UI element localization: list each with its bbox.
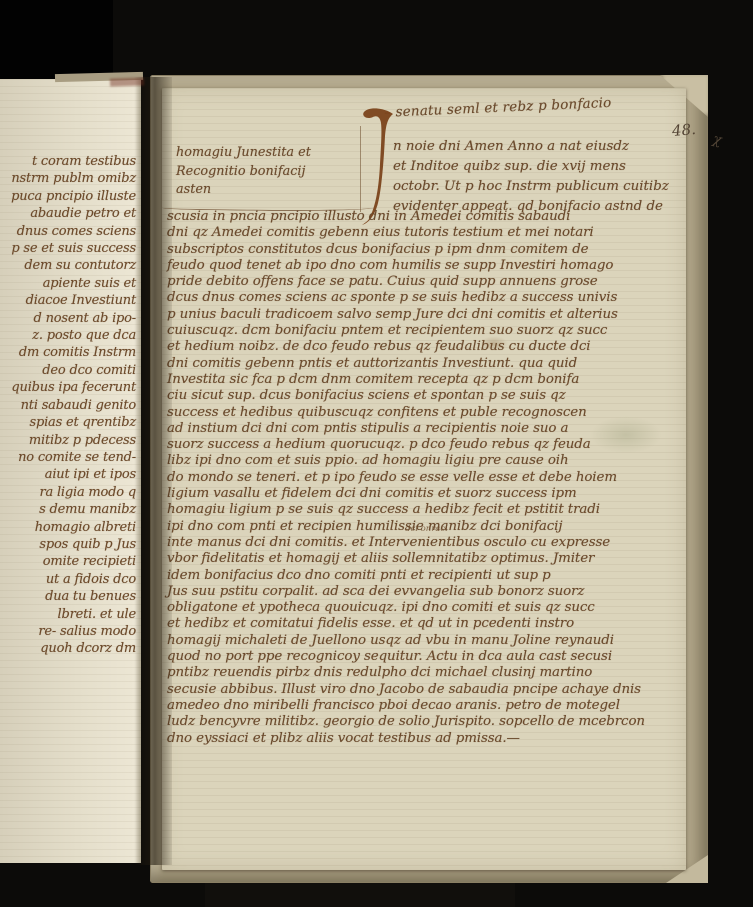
text-line: dni comitis gebenn pntis et auttorizanti… (167, 356, 683, 372)
left-text-fragment: t coram testibus (0, 153, 136, 170)
left-text-fragment: dem su contutorz (0, 257, 136, 274)
text-line: homagiu ligium p se suis qz success a he… (167, 502, 683, 518)
edge-stain (110, 77, 144, 86)
text-line: obligatone et ypotheca quouicuqz. ipi dn… (167, 600, 683, 616)
text-line: ciu sicut sup. dcus bonifacius sciens et… (167, 388, 683, 404)
text-line: cuiuscuqz. dcm bonifaciu pntem et recipi… (167, 323, 683, 339)
text-line: pride debito offens face se patu. Cuius … (167, 274, 683, 290)
text-line: scusia in pncia pncipio illusto dni in A… (167, 209, 683, 225)
left-text-fragment: d nosent ab ipo- (0, 310, 136, 327)
left-text-fragment: ut a fidois dco (0, 571, 136, 588)
text-line: dno eyssiaci et plibz aliis vocat testib… (167, 731, 683, 747)
text-line: et hedibz et comitatui fidelis esse. et … (167, 616, 683, 632)
text-line: quod no port ppe recognicoy sequitur. Ac… (167, 649, 683, 665)
text-line: n noie dni Amen Anno a nat eiusdz (393, 137, 669, 157)
text-line: do mondo se teneri. et p ipo feudo se es… (167, 470, 683, 486)
text-line: ipi dno com pnti et recipien humilissie … (167, 519, 683, 535)
flourish-mark: χ (711, 131, 723, 148)
text-line: homagij michaleti de Juellono usqz ad vb… (167, 633, 683, 649)
text-line: Jus suu pstitu corpalit. ad sca dei evva… (167, 584, 683, 600)
text-line: dcus dnus comes sciens ac sponte p se su… (167, 290, 683, 306)
left-text-fragment: dnus comes sciens (0, 223, 136, 240)
left-text-fragment: quibus ipa fecerunt (0, 379, 136, 396)
text-line: pntibz reuendis pirbz dnis redulpho dci … (167, 665, 683, 681)
text-line: feudo quod tenet ab ipo dno com humilis … (167, 258, 683, 274)
manuscript-photo: t coram testibusnstrm publm omibzpuca pn… (0, 0, 753, 907)
text-line: secusie abbibus. Illust viro dno Jacobo … (167, 682, 683, 698)
backdrop-dark-corner (0, 0, 113, 79)
text-line: ludz bencyvre militibz. georgio de solio… (167, 714, 683, 730)
text-line: libz ipi dno com et suis ppio. ad homagi… (167, 453, 683, 469)
left-text-fragment: lbreti. et ule (0, 606, 136, 623)
left-text-fragment: deo dco comiti (0, 362, 136, 379)
left-text-fragment: ra ligia modo q (0, 484, 136, 501)
left-page-text: t coram testibusnstrm publm omibzpuca pn… (0, 153, 136, 658)
left-text-fragment: puca pncipio illuste (0, 188, 136, 205)
gutter-shadow (134, 77, 172, 865)
left-text-fragment: apiente suis et (0, 275, 136, 292)
text-line: inte manus dci dni comitis. et Interveni… (167, 535, 683, 551)
left-text-fragment: s demu manibz (0, 501, 136, 518)
left-text-fragment: omite recipieti (0, 553, 136, 570)
left-text-fragment: quoh dcorz dm (0, 640, 136, 657)
text-line: Investita sic fca p dcm dnm comitem rece… (167, 372, 683, 388)
left-text-fragment: dua tu benues (0, 588, 136, 605)
text-line: et Inditoe quibz sup. die xvij mens (393, 157, 669, 177)
page-stain (590, 416, 662, 454)
left-text-fragment: abaudie petro et (0, 205, 136, 222)
text-line: idem bonifacius dco dno comiti pnti et r… (167, 568, 683, 584)
page-stain (480, 336, 508, 351)
main-text-block: scusia in pncia pncipio illusto dni in A… (167, 209, 683, 747)
left-page: t coram testibusnstrm publm omibzpuca pn… (0, 79, 141, 863)
parchment-cover: – senatu seml et rebz p bonfacio 48. χ h… (150, 75, 708, 883)
left-text-fragment: aiut ipi et ipos (0, 466, 136, 483)
left-text-fragment: re- salius modo (0, 623, 136, 640)
left-text-fragment: diacoe Investiunt (0, 292, 136, 309)
text-line: octobr. Ut p hoc Instrm publicum cuitibz (393, 177, 669, 197)
left-text-fragment: z. posto que dca (0, 327, 136, 344)
left-text-fragment: no comite se tend- (0, 449, 136, 466)
text-line: amedeo dno miribelli francisco pboi deca… (167, 698, 683, 714)
left-text-fragment: dm comitis Instrm (0, 344, 136, 361)
left-text-fragment: nti sabaudi genito (0, 397, 136, 414)
text-line: vbor fidelitatis et homagij et aliis sol… (167, 551, 683, 567)
left-text-fragment: p se et suis success (0, 240, 136, 257)
text-line: p unius baculi tradicoem salvo semp Jure… (167, 307, 683, 323)
text-line: ligium vasallu et fidelem dci dni comiti… (167, 486, 683, 502)
backdrop-seam (205, 880, 515, 907)
left-text-fragment: spos quib p Jus (0, 536, 136, 553)
left-text-fragment: homagio albreti (0, 519, 136, 536)
left-text-fragment: spias et qrentibz (0, 414, 136, 431)
text-line: dni qz Amedei comitis gebenn eius tutori… (167, 225, 683, 241)
left-text-fragment: mitibz p pdecess (0, 432, 136, 449)
running-header: – senatu seml et rebz p bonfacio (384, 91, 694, 121)
text-line: subscriptos constitutos dcus bonifacius … (167, 242, 683, 258)
left-text-fragment: nstrm publm omibz (0, 170, 136, 187)
opening-lines: n noie dni Amen Anno a nat eiusdzet Indi… (393, 137, 669, 217)
right-page: – senatu seml et rebz p bonfacio 48. χ h… (162, 88, 686, 870)
text-line: et hedium noibz. de dco feudo rebus qz f… (167, 339, 683, 355)
page-number: 48. (671, 120, 696, 140)
